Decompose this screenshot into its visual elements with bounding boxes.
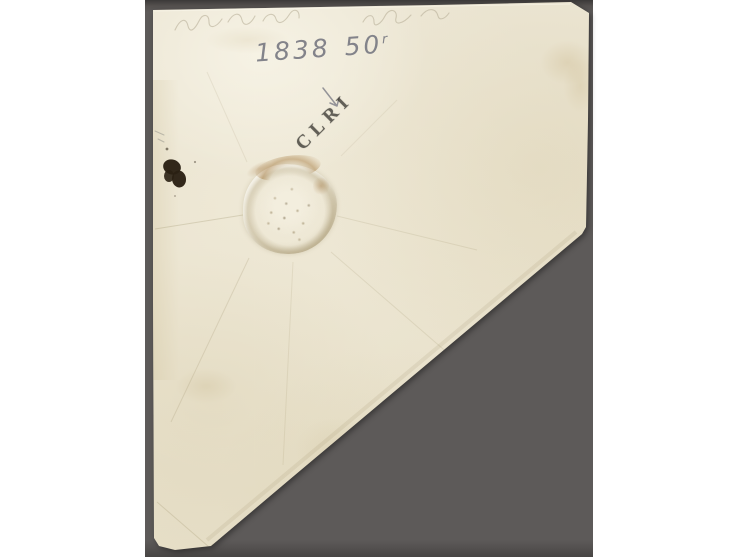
toning-stain [175,368,237,404]
auction-lot-image: 183850r CLRI [0,0,740,557]
postmark-stamp: CLRI [292,89,356,153]
paper-edge-highlights [154,4,582,545]
embossed-paper-seal [243,164,337,254]
cover-back-paper: 183850r CLRI [145,0,593,557]
pencil-annotation: 183850r [254,29,388,67]
pencil-value: 50 [344,30,384,62]
crease-lines [155,72,576,547]
edge-toning-band [153,80,179,380]
pencil-year: 1838 [254,33,331,67]
ink-stain [161,148,196,197]
toning-stain [563,58,598,113]
paper-shadow-wrap: 183850r CLRI [145,0,593,557]
paper-detail-overlay [145,0,593,557]
pencil-edge-marks [155,131,164,142]
postmark-text: CLRI [292,89,357,154]
photo: 183850r CLRI [145,0,593,557]
toning-stain [540,40,595,85]
pencil-value-suffix: r [381,32,387,47]
toning-stain [295,418,380,480]
faint-inscription [175,10,449,30]
